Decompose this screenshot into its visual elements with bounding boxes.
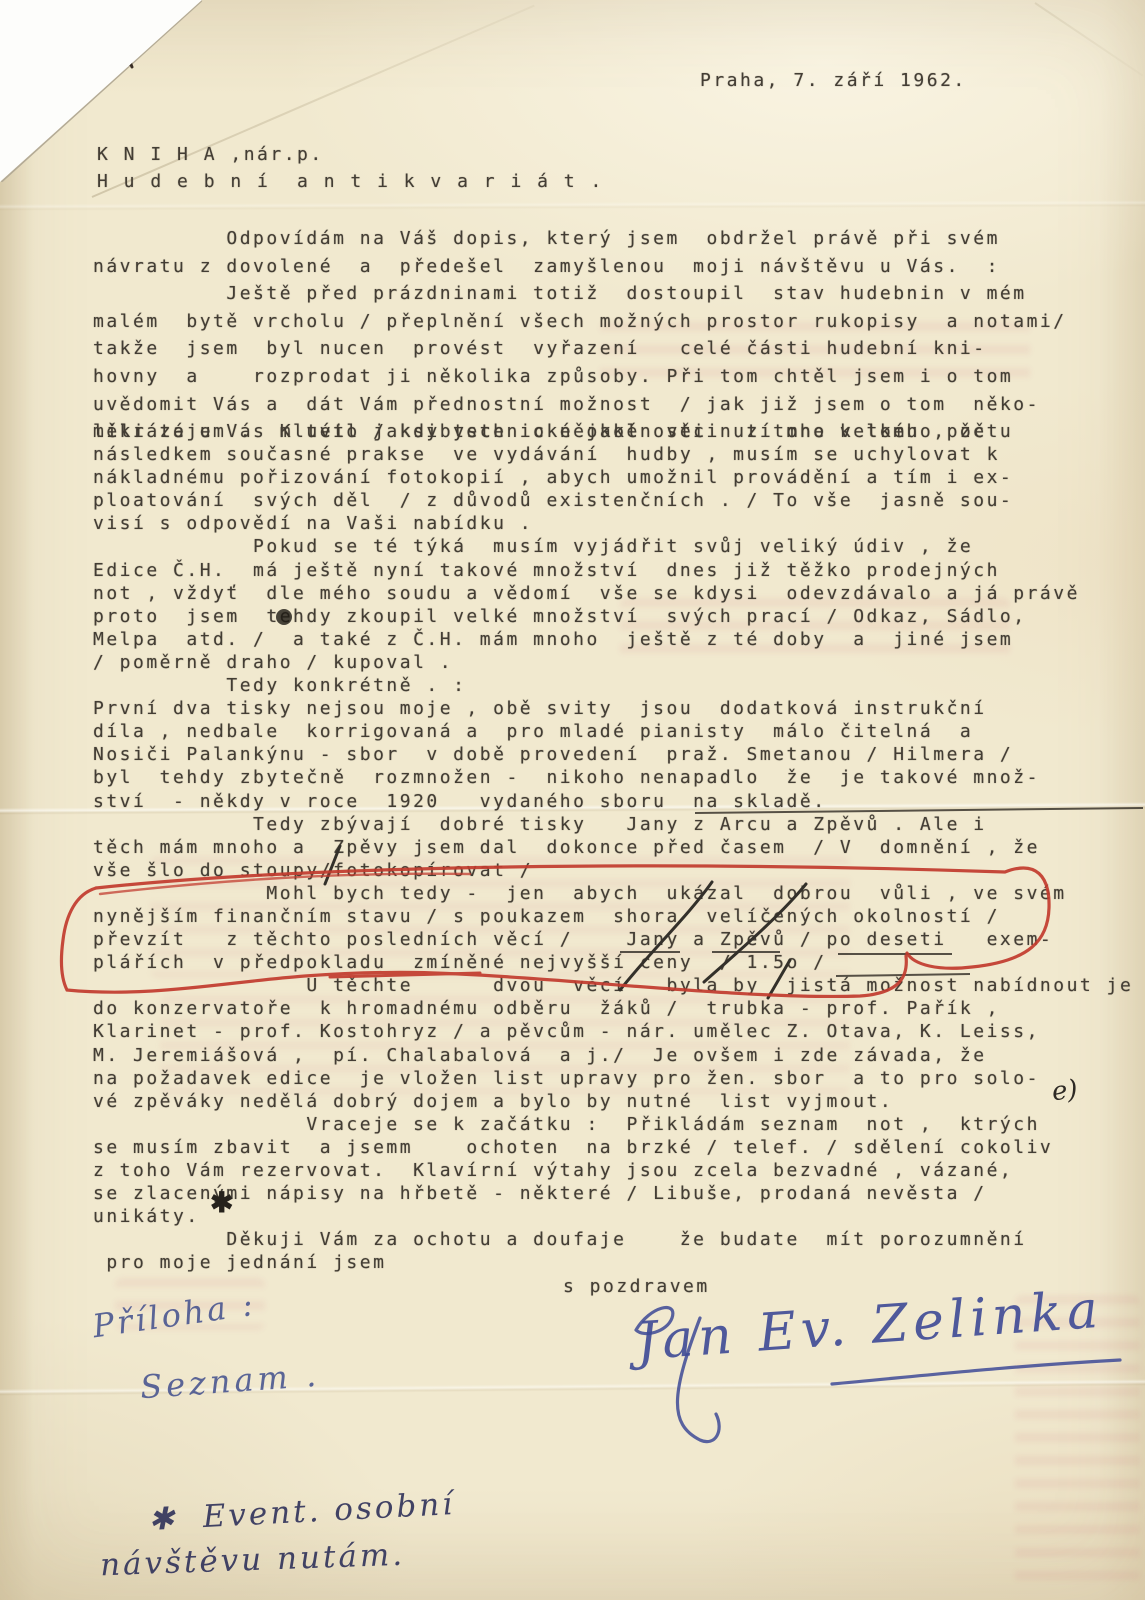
date-line: Praha, 7. září 1962.	[700, 70, 967, 91]
enclosure-note: Příloha :	[90, 1285, 258, 1345]
paper-sheet: Praha, 7. září 1962. K N I H A ,nár.p.H …	[0, 0, 1145, 1600]
typed-line: Nosiči Palankýnu - sbor v době provedení…	[93, 743, 1133, 766]
typed-line: těch mám mnoho a Zpěvy jsem dal dokonce …	[93, 836, 1133, 859]
typed-line: Tedy konkrétně . :	[93, 674, 1133, 697]
typed-line: se zlacenými nápisy na hřbetě - některé …	[93, 1182, 1133, 1205]
recipient-block: K N I H A ,nár.p.H u d e b n í a n t i k…	[97, 141, 604, 196]
typed-line: U těchte dvou věcí byla by jistá možnost…	[93, 974, 1133, 997]
handwritten-asterisk: ✱	[210, 1186, 233, 1219]
typed-line: malém bytě vrcholu / přeplnění všech mož…	[93, 308, 1067, 336]
typed-line: Mohl bych tedy - jen abych ukázal dobrou…	[93, 882, 1133, 905]
typed-line: díla , nedbale korrigovaná a pro mladé p…	[93, 720, 1133, 743]
typed-line: Odpovídám na Váš dopis, který jsem obdrž…	[93, 225, 1067, 253]
typed-line: pro moje jednání jsem	[93, 1251, 1133, 1274]
typed-line: unikáty.	[93, 1205, 1133, 1228]
typed-line: visí s odpovědí na Vaši nabídku .	[93, 512, 1133, 535]
typed-line: ství - někdy v roce 1920 vydaného sboru …	[93, 790, 1133, 813]
closing-salutation: s pozdravem	[563, 1276, 710, 1297]
enclosure-item-note: Seznam .	[139, 1356, 321, 1406]
corner-crease	[1034, 2, 1143, 76]
typed-line: Edice Č.H. má ještě nyní takové množství…	[93, 559, 1133, 582]
typed-line: Děkuji Vám za ochotu a doufaje že budate…	[93, 1228, 1133, 1251]
typed-line: / poměrně draho / kupoval .	[93, 651, 1133, 674]
typed-line: měli zájem . K této jaksi technické okol…	[93, 420, 1133, 443]
typo-correction-mark: e)	[1051, 1075, 1080, 1108]
typed-line: na požadavek edice je vložen list upravy…	[93, 1067, 1133, 1090]
typed-line: hovny a rozprodat ji několika způsoby. P…	[93, 363, 1067, 391]
typed-line: z toho Vám rezervovat. Klavírní výtahy j…	[93, 1159, 1133, 1182]
typed-line: Ještě před prázdninami totiž dostoupil s…	[93, 280, 1067, 308]
typed-line: vše šlo do stoupy/fotokopírovat /	[93, 859, 1133, 882]
typed-line: vé zpěváky nedělá dobrý dojem a bylo by …	[93, 1090, 1133, 1113]
typed-line: následkem současné prakse ve vydávání hu…	[93, 443, 1133, 466]
typed-line: návratu z dovolené a předešel zamyšlenou…	[93, 253, 1067, 281]
footnote-line1: ✱ Event. osobní	[147, 1486, 456, 1538]
typed-line: První dva tisky nejsou moje , obě svity …	[93, 697, 1133, 720]
typed-line: Klarinet - prof. Kostohryz / a pěvcům - …	[93, 1020, 1133, 1043]
typed-line: K N I H A ,nár.p.	[97, 141, 604, 168]
footnote-line2: návštěvu nutám.	[99, 1537, 405, 1584]
typed-line: byl tehdy zbytečně rozmnožen - nikoho ne…	[93, 766, 1133, 789]
letter-body-part2: měli zájem . K této jaksi technické okol…	[93, 420, 1133, 1274]
red-corner-mark	[104, 39, 136, 67]
typed-line: uvědomit Vás a dát Vám přednostní možnos…	[93, 391, 1067, 419]
typed-line: plářích v předpokladu zmíněné nejvyšší c…	[93, 951, 1133, 974]
typed-line: ploatování svých děl / z důvodů existenč…	[93, 489, 1133, 512]
fold-crease	[0, 200, 1145, 211]
letter-body-part1: Odpovídám na Váš dopis, který jsem obdrž…	[93, 225, 1067, 446]
typed-line: proto jsem tehdy zkoupil velké množství …	[93, 605, 1133, 628]
typed-line: Vraceje se k začátku : Přikládám seznam …	[93, 1113, 1133, 1136]
typed-line: nákladnému pořizování fotokopií , abych …	[93, 466, 1133, 489]
typed-line: H u d e b n í a n t i k v a r i á t .	[97, 168, 604, 195]
scanned-letter-page: { "letter": { "date": "Praha, 7. září 19…	[0, 0, 1145, 1600]
typed-line: Melpa atd. / a také z Č.H. mám mnoho ješ…	[93, 628, 1133, 651]
typed-line: Tedy zbývají dobré tisky Jany z Arcu a Z…	[93, 813, 1133, 836]
typed-line: M. Jeremiášová , pí. Chalabalová a j./ J…	[93, 1044, 1133, 1067]
typed-line: do konzervatoře k hromadnému odběru žáků…	[93, 997, 1133, 1020]
typed-line: takže jsem byl nucen provést vyřazení ce…	[93, 335, 1067, 363]
typed-line: převzít z těchto posledních věcí / Jany …	[93, 928, 1133, 951]
typed-line: nynějším finančním stavu / s poukazem sh…	[93, 905, 1133, 928]
typed-line: Pokud se té týká musím vyjádřit svůj vel…	[93, 535, 1133, 558]
typed-line: not , vždyť dle mého soudu a vědomí vše …	[93, 582, 1133, 605]
typed-line: se musím zbavit a jsemm ochoten na brzké…	[93, 1136, 1133, 1159]
